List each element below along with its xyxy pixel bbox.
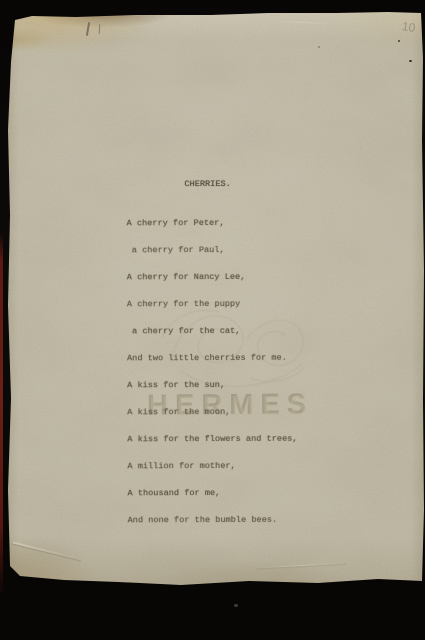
paper-crease [256, 563, 346, 569]
poem-line: a cherry for the cat, [127, 327, 297, 337]
poem-line: A cherry for Peter, [127, 219, 297, 229]
pencil-tick-mark [99, 24, 101, 34]
stain-speck [229, 11, 232, 13]
stain-speck [318, 46, 320, 48]
stain-speck [368, 10, 370, 12]
poem: CHERRIES. A cherry for Peter, a cherry f… [126, 162, 298, 544]
paper-crease [274, 21, 334, 24]
stain-speck [398, 40, 400, 42]
poem-line: A cherry for the puppy [127, 300, 297, 310]
poem-line: And two little cherries for me. [127, 354, 297, 364]
pencil-page-number: 10 [401, 19, 416, 35]
stain-speck [110, 13, 113, 15]
poem-line: A kiss for the sun, [127, 381, 297, 391]
poem-line: A kiss for the flowers and trees, [127, 435, 297, 445]
poem-line: A cherry for Nancy Lee, [127, 273, 297, 283]
poem-title: CHERRIES. [184, 180, 296, 189]
poem-line: A kiss for the moon, [127, 408, 297, 418]
stain-speck [65, 12, 69, 15]
dust-speck [234, 604, 238, 607]
photo-backdrop: HERMES 10 CHERRIES. A cherry for Peter, … [0, 0, 425, 640]
typewritten-page: HERMES 10 CHERRIES. A cherry for Peter, … [6, 10, 424, 590]
stain-speck [409, 60, 412, 62]
poem-line: And none for the bumble bees. [128, 516, 298, 526]
poem-line: a cherry for Paul, [127, 246, 297, 256]
poem-line: A million for mother, [127, 462, 297, 472]
pencil-tick-mark [86, 22, 90, 36]
poem-line: A thousand for me, [127, 489, 297, 499]
book-spine-edge [0, 232, 3, 598]
paper-crease [13, 542, 81, 560]
